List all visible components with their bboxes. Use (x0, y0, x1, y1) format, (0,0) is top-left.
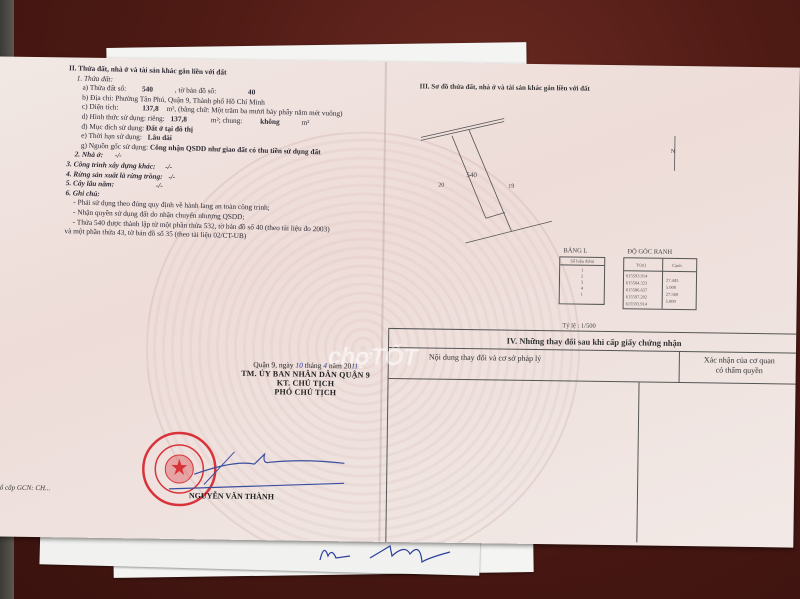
authority-confirmation-header: Xác nhận của cơ quan có thẩm quyền (680, 352, 799, 384)
section-iv-body (386, 379, 798, 545)
map-scale: Tỷ lệ : 1/500 (562, 322, 596, 329)
y-header: Y(m) (636, 262, 646, 267)
date-month: 4 (323, 361, 327, 370)
boundary-coordinates-table: Y(m) Cạnh 615593.914 615584.323 615586.6… (623, 257, 698, 310)
year-label: năm 20 (329, 361, 351, 370)
edge-length: 5.000 (666, 285, 676, 290)
parcel-label: a) Thửa đất số: (82, 83, 126, 93)
boundary-table-header: Y(m) Cạnh (624, 258, 696, 272)
change-content-header: Nội dung thay đổi và cơ sở pháp lý (389, 348, 680, 382)
section-iii-title: III. Sơ đồ thửa đất, nhà ở và tài sản kh… (420, 82, 590, 92)
signer-name: NGUYỄN VĂN THÀNH (189, 491, 274, 501)
usage-shared-label: m²; chung: (211, 115, 243, 125)
parcel-label: 540 (466, 171, 477, 179)
house-label: 2. Nhà ở: (75, 150, 104, 160)
usage-shared: không (244, 116, 300, 127)
area-label: c) Diện tích: (82, 102, 119, 112)
neighbor-right: 19 (508, 184, 514, 190)
bottom-signatures-icon (310, 538, 470, 568)
parcel-diagram: 540 20 19 N (407, 102, 709, 256)
term-value: Lâu dài (144, 132, 172, 142)
y-coordinate: 615593.914 (626, 273, 647, 278)
trees-value: -/- (116, 180, 163, 190)
parcel-number: 540 (128, 84, 173, 94)
edge-length: 27.560 (666, 292, 678, 297)
point-number-table: Số hiệu điểm 1 2 3 4 1 (559, 256, 606, 305)
section-iv-changes-table: IV. Những thay đổi sau khi cấp giấy chứn… (385, 328, 800, 548)
north-arrow-icon: N (671, 149, 676, 155)
house-value: -/- (105, 151, 122, 160)
forest-value: -/- (164, 171, 175, 180)
land-use-certificate: II. Thửa đất, nhà ở và tài sản khác gắn … (0, 56, 800, 547)
month-label: tháng (305, 361, 322, 370)
purpose-value: Đất ở tại đô thị (146, 123, 193, 133)
point-number: 1 (560, 291, 604, 298)
construction-value: -/- (157, 162, 172, 171)
authority-header-line: có thẩm quyền (680, 365, 799, 377)
y-coordinate: 615586.637 (626, 287, 647, 292)
gcn-registration-note: Vào sổ cấp GCN: CH... (0, 483, 50, 492)
address-label: b) Địa chỉ: (82, 92, 113, 102)
area-value: 137,8 (120, 103, 165, 113)
y-coordinate: 615597.202 (626, 294, 647, 299)
boundary-table-title: ĐỘ GÓC RANH (627, 248, 672, 256)
edge-header: Cạnh (672, 263, 682, 268)
date-day: 10 (295, 361, 303, 370)
coordinates-table-title: BẢNG L (563, 247, 587, 254)
y-coordinate: 615584.323 (626, 280, 647, 285)
date-year: 11 (351, 361, 358, 370)
trees-label: 5. Cây lâu năm: (66, 178, 114, 188)
map-sheet-number: 40 (218, 87, 256, 97)
edge-length: 5.000 (666, 299, 676, 304)
edge-length: 27.445 (666, 278, 678, 283)
neighbor-left: 20 (438, 183, 444, 189)
y-coordinate: 615593.914 (626, 301, 647, 306)
usage-shared-unit: m² (301, 118, 309, 127)
signature-block: Quận 9, ngày 10 tháng 4 năm 2011 TM. ỦY … (185, 359, 425, 398)
section-ii: II. Thửa đất, nhà ở và tài sản khác gắn … (64, 63, 389, 245)
point-number-list: 1 2 3 4 1 (560, 265, 604, 298)
map-sheet-label: , tờ bản đồ số: (175, 85, 217, 95)
usage-private: 137,8 (166, 114, 209, 124)
